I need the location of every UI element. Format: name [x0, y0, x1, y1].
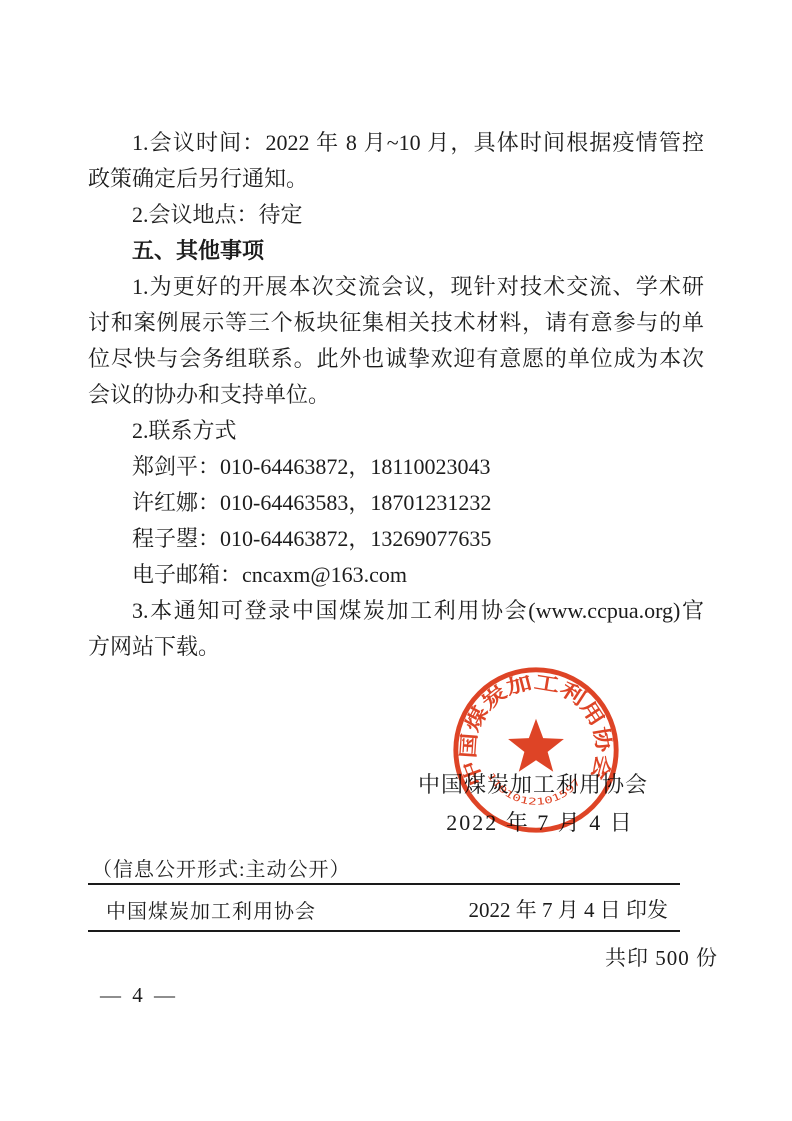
body-line: 3.本通知可登录中国煤炭加工利用协会(www.ccpua.org)官 — [88, 593, 704, 629]
footer-divider-bottom — [88, 930, 680, 932]
body-line: 1.为更好的开展本次交流会议，现针对技术交流、学术研 — [88, 269, 704, 305]
footer-print-date: 2022 年 7 月 4 日 印发 — [400, 894, 668, 924]
contact-line: 许红娜：010-64463583，18701231232 — [88, 485, 704, 521]
body-line: 会议的协办和支持单位。 — [88, 377, 704, 413]
contact-line: 程子曌：010-64463872，13269077635 — [88, 521, 704, 557]
body-line: 2.联系方式 — [88, 413, 704, 449]
body-line: 政策确定后另行通知。 — [88, 161, 704, 197]
page-number: — 4 — — [100, 983, 178, 1008]
official-seal-stamp: 中国煤炭加工利用协会 1101012101597 — [448, 662, 624, 838]
print-copies-count: 共印 500 份 — [450, 942, 718, 972]
body-line: 2.会议地点：待定 — [88, 197, 704, 233]
body-line: 1.会议时间：2022 年 8 月~10 月，具体时间根据疫情管控 — [88, 125, 704, 161]
body-line: 讨和案例展示等三个板块征集相关技术材料，请有意参与的单 — [88, 305, 704, 341]
section-heading: 五、其他事项 — [88, 233, 704, 269]
contact-email-line: 电子邮箱：cncaxm@163.com — [88, 557, 704, 593]
body-line: 位尽快与会务组联系。此外也诚挚欢迎有意愿的单位成为本次 — [88, 341, 704, 377]
seal-star-icon — [508, 719, 564, 772]
info-disclosure-note: （信息公开形式:主动公开） — [92, 853, 351, 882]
notice-body: 1.会议时间：2022 年 8 月~10 月，具体时间根据疫情管控 政策确定后另… — [88, 125, 704, 665]
contact-line: 郑剑平：010-64463872，18110023043 — [88, 449, 704, 485]
footer-divider-top — [88, 883, 680, 885]
seal-serial-number: 1101012101597 — [485, 771, 584, 808]
document-page: 1.会议时间：2022 年 8 月~10 月，具体时间根据疫情管控 政策确定后另… — [0, 0, 792, 1121]
footer-issuer: 中国煤炭加工利用协会 — [106, 895, 316, 924]
body-line: 方网站下载。 — [88, 629, 704, 665]
